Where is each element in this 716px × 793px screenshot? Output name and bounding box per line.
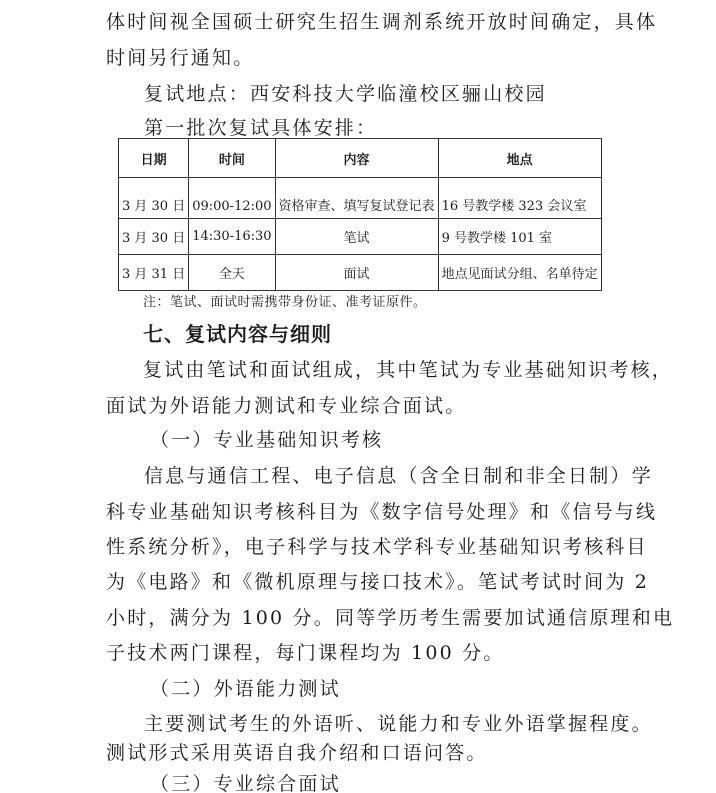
paragraph-line: 信息与通信工程、电子信息（含全日制和非全日制）学	[144, 464, 653, 488]
cell-content: 面试	[275, 255, 438, 291]
cell-content: 笔试	[275, 219, 438, 255]
table-row: 3 月 30 日 09:00-12:00 资格审查、填写复试登记表 16 号教学…	[119, 178, 602, 219]
paragraph-line: 子技术两门课程，每门课程均为 100 分。	[106, 641, 505, 665]
cell-date: 3 月 30 日	[119, 219, 189, 255]
exam-location: 复试地点：西安科技大学临潼校区骊山校园	[144, 82, 547, 106]
cell-location: 地点见面试分组、名单待定	[438, 255, 601, 291]
paragraph-line: 测试形式采用英语自我介绍和口语问答。	[106, 741, 488, 765]
table-header-row: 日期 时间 内容 地点	[119, 139, 602, 178]
cell-time: 全天	[189, 255, 275, 291]
table-note: 注：笔试、面试时需携带身份证、准考证原件。	[143, 294, 427, 312]
paragraph-line: 小时，满分为 100 分。同等学历考生需要加试通信原理和电	[106, 606, 674, 630]
section-heading: 七、复试内容与细则	[143, 322, 332, 346]
cell-date: 3 月 31 日	[119, 255, 189, 291]
table-row: 3 月 30 日 14:30-16:30 笔试 9 号教学楼 101 室	[119, 219, 602, 255]
paragraph-line: 时间另行通知。	[106, 46, 254, 70]
paragraph-line: 为《电路》和《微机原理与接口技术》。笔试考试时间为 2	[106, 570, 649, 594]
cell-time: 09:00-12:00	[189, 178, 275, 219]
table-row: 3 月 31 日 全天 面试 地点见面试分组、名单待定	[119, 255, 602, 291]
header-date: 日期	[119, 139, 189, 178]
paragraph-line: 主要测试考生的外语听、说能力和专业外语掌握程度。	[144, 712, 653, 736]
subsection-title: （一）专业基础知识考核	[150, 428, 383, 452]
paragraph-line: 科专业基础知识考核科目为《数字信号处理》和《信号与线	[106, 500, 657, 524]
schedule-table: 日期 时间 内容 地点 3 月 30 日 09:00-12:00 资格审查、填写…	[118, 138, 602, 291]
header-content: 内容	[275, 139, 438, 178]
cell-location: 9 号教学楼 101 室	[438, 219, 601, 255]
header-time: 时间	[189, 139, 275, 178]
subsection-title: （三）专业综合面试	[150, 772, 341, 793]
cell-date: 3 月 30 日	[119, 178, 189, 219]
header-location: 地点	[438, 139, 601, 178]
paragraph-line: 复试由笔试和面试组成，其中笔试为专业基础知识考核，	[143, 358, 673, 382]
paragraph-line: 性系统分析》，电子科学与技术学科专业基础知识考核科目	[106, 535, 648, 559]
schedule-caption: 第一批次复试具体安排：	[144, 116, 377, 140]
subsection-title: （二）外语能力测试	[150, 677, 341, 701]
cell-location: 16 号教学楼 323 会议室	[438, 178, 601, 219]
paragraph-line: 体时间视全国硕士研究生招生调剂系统开放时间确定，具体	[106, 10, 657, 34]
cell-content: 资格审查、填写复试登记表	[275, 178, 438, 219]
paragraph-line: 面试为外语能力测试和专业综合面试。	[106, 394, 466, 418]
cell-time: 14:30-16:30	[189, 219, 275, 255]
